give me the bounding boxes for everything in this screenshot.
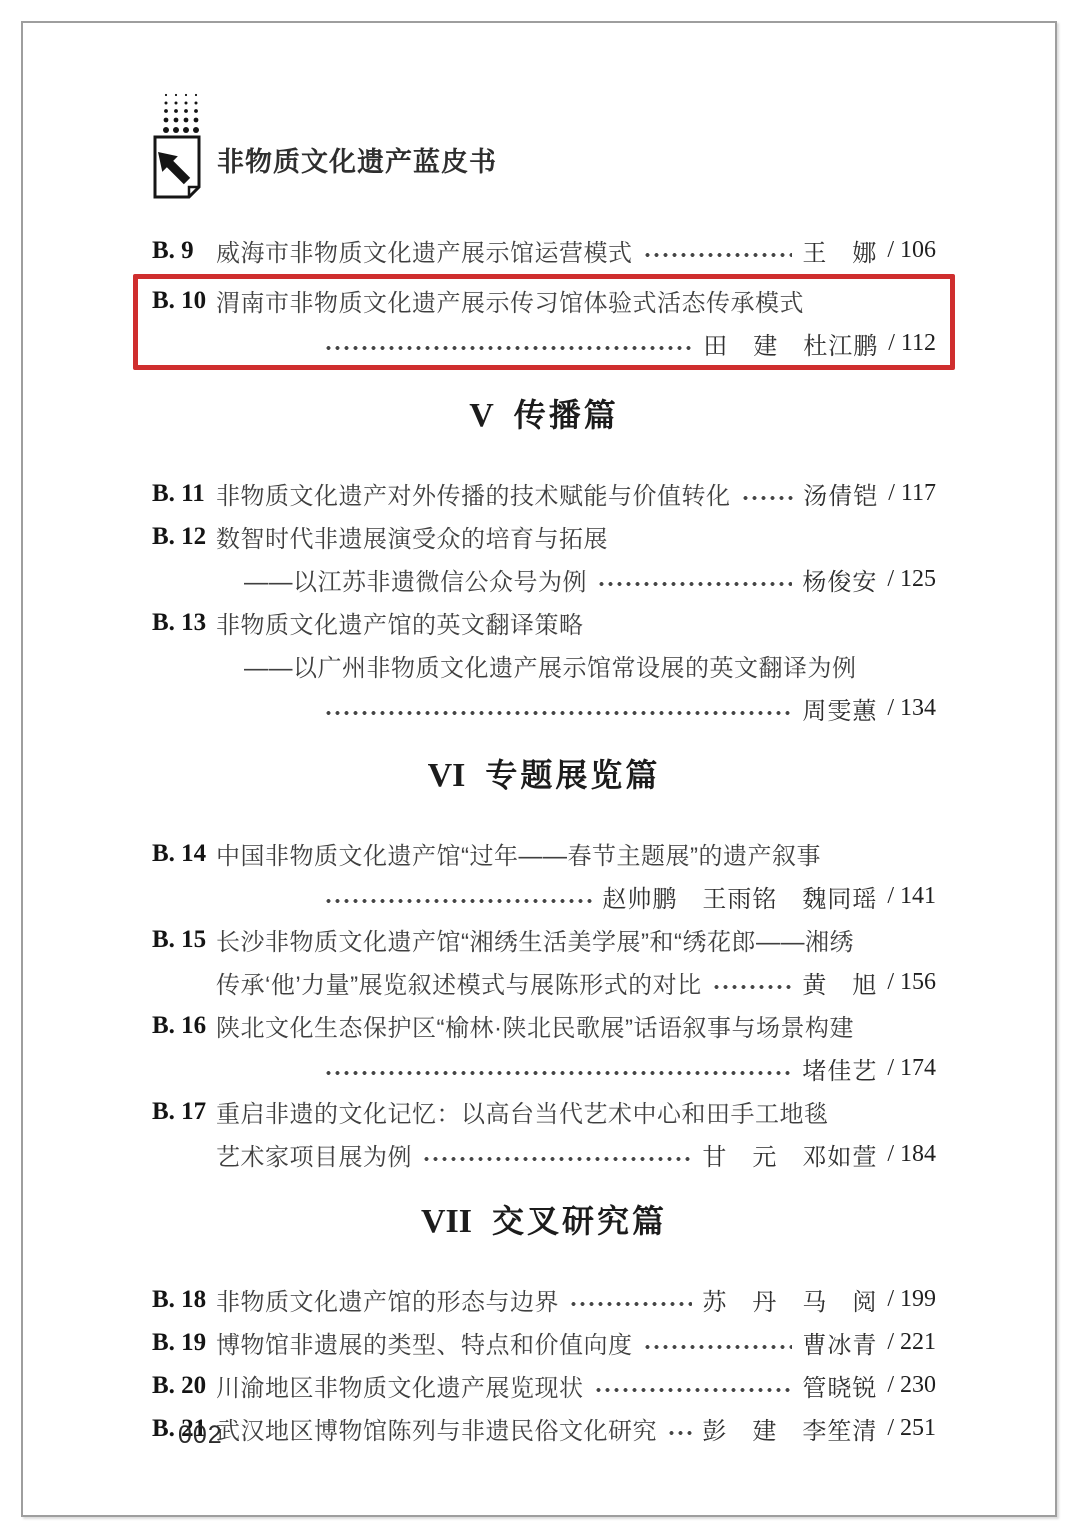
entry-title: 川渝地区非物质文化遗产展览现状	[216, 1368, 584, 1403]
dot-leader	[324, 1068, 792, 1078]
toc-entry: B. 19博物馆非遗展的类型、特点和价值向度曹冰青/ 221	[152, 1321, 936, 1364]
entry-title: ——以广州非物质文化遗产展示馆常设展的英文翻译为例	[244, 648, 857, 683]
document-arrow-icon	[149, 91, 205, 201]
toc-entry-highlighted: B. 10渭南市非物质文化遗产展示传习馆体验式活态传承模式田 建 杜江鹏/ 11…	[133, 274, 955, 370]
toc-line: B. 16陕北文化生态保护区“榆林·陕北民歌展”话语叙事与场景构建	[152, 1004, 936, 1047]
entry-line-body: ——以江苏非遗微信公众号为例杨俊安/ 125	[216, 562, 936, 597]
section-roman-numeral: VII	[421, 1203, 472, 1240]
entry-authors: 苏 丹 马 阅	[702, 1282, 877, 1317]
entry-title: 博物馆非遗展的类型、特点和价值向度	[216, 1325, 633, 1360]
toc-entry: B. 18非物质文化遗产馆的形态与边界苏 丹 马 阅/ 199	[152, 1278, 936, 1321]
section-title: 传播篇	[514, 397, 619, 433]
dot-leader	[712, 982, 793, 992]
entry-authors: 汤倩铠	[803, 476, 878, 511]
entry-line-body: ——以广州非物质文化遗产展示馆常设展的英文翻译为例	[216, 648, 936, 683]
entry-number: B. 10	[152, 287, 216, 315]
entry-line-body: 武汉地区博物馆陈列与非遗民俗文化研究彭 建 李笙清/ 251	[216, 1411, 936, 1446]
entry-number: B. 12	[152, 523, 216, 551]
entry-title: 长沙非物质文化遗产馆“湘绣生活美学展”和“绣花郎——湘绣	[216, 922, 854, 957]
entry-authors: 田 建 杜江鹏	[703, 326, 878, 361]
entry-page: / 221	[887, 1329, 936, 1356]
entry-title: 渭南市非物质文化遗产展示传习馆体验式活态传承模式	[216, 283, 804, 318]
entry-line-body: 中国非物质文化遗产馆“过年——春节主题展”的遗产叙事	[216, 836, 936, 871]
toc-line: B. 19博物馆非遗展的类型、特点和价值向度曹冰青/ 221	[152, 1321, 936, 1364]
dot-leader	[643, 1342, 793, 1352]
entry-line-body: 传承‘他’力量”展览叙述模式与展陈形式的对比黄 旭/ 156	[216, 965, 936, 1000]
entry-number: B. 19	[152, 1329, 216, 1357]
entry-title: ——以江苏非遗微信公众号为例	[244, 562, 587, 597]
entry-page: / 156	[887, 969, 936, 996]
toc-entry: B. 13非物质文化遗产馆的英文翻译策略——以广州非物质文化遗产展示馆常设展的英…	[152, 601, 936, 730]
entry-line-body: 长沙非物质文化遗产馆“湘绣生活美学展”和“绣花郎——湘绣	[216, 922, 936, 957]
entry-line-body: 田 建 杜江鹏/ 112	[216, 326, 936, 361]
entry-title: 陕北文化生态保护区“榆林·陕北民歌展”话语叙事与场景构建	[216, 1008, 854, 1043]
entry-authors: 曹冰青	[802, 1325, 877, 1360]
entry-line-body: 非物质文化遗产馆的形态与边界苏 丹 马 阅/ 199	[216, 1282, 936, 1317]
entry-page: / 141	[887, 883, 936, 910]
section-title: 专题展览篇	[485, 757, 660, 793]
book-series-title: 非物质文化遗产蓝皮书	[217, 140, 497, 179]
section-heading: V传播篇	[152, 392, 936, 438]
entry-authors: 杨俊安	[802, 562, 877, 597]
toc-entry: B. 11非物质文化遗产对外传播的技术赋能与价值转化汤倩铠/ 117	[152, 472, 936, 515]
section-roman-numeral: V	[469, 397, 494, 434]
toc-line: B. 12数智时代非遗展演受众的培育与拓展	[152, 515, 936, 558]
entry-line-body: 威海市非物质文化遗产展示馆运营模式王 娜/ 106	[216, 233, 936, 268]
entry-line-body: 渭南市非物质文化遗产展示传习馆体验式活态传承模式	[216, 283, 936, 318]
toc-line: ——以江苏非遗微信公众号为例杨俊安/ 125	[152, 558, 936, 601]
entry-line-body: 艺术家项目展为例甘 元 邓如萱/ 184	[216, 1137, 936, 1172]
entry-title: 武汉地区博物馆陈列与非遗民俗文化研究	[216, 1411, 657, 1446]
entry-number: B. 20	[152, 1372, 216, 1400]
entry-title: 非物质文化遗产馆的英文翻译策略	[216, 605, 584, 640]
entry-page: / 230	[887, 1372, 936, 1399]
dot-leader	[667, 1428, 692, 1438]
entry-number: B. 13	[152, 609, 216, 637]
entry-page: / 117	[888, 480, 936, 507]
entry-number: B. 9	[152, 237, 216, 265]
page-border: 非物质文化遗产蓝皮书 B. 9威海市非物质文化遗产展示馆运营模式王 娜/ 106…	[21, 21, 1057, 1517]
section-heading: VI专题展览篇	[152, 752, 936, 798]
entry-title: 重启非遗的文化记忆：以高台当代艺术中心和田手工地毯	[216, 1094, 829, 1129]
section-title: 交叉研究篇	[492, 1203, 667, 1239]
entry-authors: 王 娜	[802, 233, 877, 268]
toc-entry: B. 20川渝地区非物质文化遗产展览现状管晓锐/ 230	[152, 1364, 936, 1407]
section-roman-numeral: VI	[428, 757, 466, 794]
entry-authors: 周雯蕙	[802, 691, 877, 726]
toc-line: B. 14中国非物质文化遗产馆“过年——春节主题展”的遗产叙事	[152, 832, 936, 875]
toc-line: B. 13非物质文化遗产馆的英文翻译策略	[152, 601, 936, 644]
dot-leader	[569, 1299, 692, 1309]
entry-page: / 174	[887, 1055, 936, 1082]
entry-number: B. 18	[152, 1286, 216, 1314]
entry-line-body: 数智时代非遗展演受众的培育与拓展	[216, 519, 936, 554]
entry-number: B. 16	[152, 1012, 216, 1040]
entry-title: 非物质文化遗产对外传播的技术赋能与价值转化	[216, 476, 731, 511]
toc-entry: B. 9威海市非物质文化遗产展示馆运营模式王 娜/ 106	[152, 229, 936, 272]
toc-line: B. 21武汉地区博物馆陈列与非遗民俗文化研究彭 建 李笙清/ 251	[152, 1407, 936, 1450]
toc-entry: B. 21武汉地区博物馆陈列与非遗民俗文化研究彭 建 李笙清/ 251	[152, 1407, 936, 1450]
toc-line: B. 11非物质文化遗产对外传播的技术赋能与价值转化汤倩铠/ 117	[152, 472, 936, 515]
entry-title: 艺术家项目展为例	[216, 1137, 412, 1172]
toc-list: B. 9威海市非物质文化遗产展示馆运营模式王 娜/ 106B. 10渭南市非物质…	[152, 229, 936, 1450]
dot-leader	[741, 493, 794, 503]
entry-title: 非物质文化遗产馆的形态与边界	[216, 1282, 559, 1317]
entry-authors: 黄 旭	[802, 965, 877, 1000]
page-number: 002	[178, 1421, 223, 1450]
book-header: 非物质文化遗产蓝皮书	[149, 91, 497, 201]
entry-page: / 125	[887, 566, 936, 593]
section-heading: VII交叉研究篇	[152, 1198, 936, 1244]
entry-title: 中国非物质文化遗产馆“过年——春节主题展”的遗产叙事	[216, 836, 821, 871]
entry-title: 传承‘他’力量”展览叙述模式与展陈形式的对比	[216, 965, 702, 1000]
dot-leader	[324, 896, 592, 906]
entry-line-body: 堵佳艺/ 174	[216, 1051, 936, 1086]
toc-entry: B. 16陕北文化生态保护区“榆林·陕北民歌展”话语叙事与场景构建堵佳艺/ 17…	[152, 1004, 936, 1090]
toc-line: B. 17重启非遗的文化记忆：以高台当代艺术中心和田手工地毯	[152, 1090, 936, 1133]
dot-leader	[643, 250, 793, 260]
toc-entry: B. 15长沙非物质文化遗产馆“湘绣生活美学展”和“绣花郎——湘绣传承‘他’力量…	[152, 918, 936, 1004]
entry-page: / 251	[887, 1415, 936, 1442]
toc-line: 堵佳艺/ 174	[152, 1047, 936, 1090]
entry-title: 威海市非物质文化遗产展示馆运营模式	[216, 233, 633, 268]
entry-line-body: 赵帅鹏 王雨铭 魏同瑶/ 141	[216, 879, 936, 914]
toc-line: B. 15长沙非物质文化遗产馆“湘绣生活美学展”和“绣花郎——湘绣	[152, 918, 936, 961]
entry-line-body: 非物质文化遗产对外传播的技术赋能与价值转化汤倩铠/ 117	[216, 476, 936, 511]
entry-page: / 199	[887, 1286, 936, 1313]
entry-line-body: 博物馆非遗展的类型、特点和价值向度曹冰青/ 221	[216, 1325, 936, 1360]
toc-entry: B. 12数智时代非遗展演受众的培育与拓展——以江苏非遗微信公众号为例杨俊安/ …	[152, 515, 936, 601]
toc-line: 赵帅鹏 王雨铭 魏同瑶/ 141	[152, 875, 936, 918]
scanned-book-page: 非物质文化遗产蓝皮书 B. 9威海市非物质文化遗产展示馆运营模式王 娜/ 106…	[0, 0, 1080, 1538]
dot-leader	[324, 708, 792, 718]
entry-line-body: 陕北文化生态保护区“榆林·陕北民歌展”话语叙事与场景构建	[216, 1008, 936, 1043]
entry-page: / 106	[887, 237, 936, 264]
entry-number: B. 14	[152, 840, 216, 868]
toc-line: 传承‘他’力量”展览叙述模式与展陈形式的对比黄 旭/ 156	[152, 961, 936, 1004]
toc-line: B. 20川渝地区非物质文化遗产展览现状管晓锐/ 230	[152, 1364, 936, 1407]
toc-entry: B. 14中国非物质文化遗产馆“过年——春节主题展”的遗产叙事赵帅鹏 王雨铭 魏…	[152, 832, 936, 918]
toc-line: B. 9威海市非物质文化遗产展示馆运营模式王 娜/ 106	[152, 229, 936, 272]
dot-leader	[324, 343, 693, 353]
entry-page: / 134	[887, 695, 936, 722]
entry-authors: 堵佳艺	[802, 1051, 877, 1086]
toc-line: 田 建 杜江鹏/ 112	[152, 322, 936, 365]
toc-line: ——以广州非物质文化遗产展示馆常设展的英文翻译为例	[152, 644, 936, 687]
entry-authors: 彭 建 李笙清	[702, 1411, 877, 1446]
entry-title: 数智时代非遗展演受众的培育与拓展	[216, 519, 608, 554]
entry-line-body: 重启非遗的文化记忆：以高台当代艺术中心和田手工地毯	[216, 1094, 936, 1129]
toc-line: 艺术家项目展为例甘 元 邓如萱/ 184	[152, 1133, 936, 1176]
dot-leader	[594, 1385, 793, 1395]
entry-page: / 184	[887, 1141, 936, 1168]
entry-authors: 赵帅鹏 王雨铭 魏同瑶	[602, 879, 877, 914]
entry-number: B. 11	[152, 480, 216, 508]
entry-authors: 管晓锐	[802, 1368, 877, 1403]
toc-line: 周雯蕙/ 134	[152, 687, 936, 730]
toc-line: B. 10渭南市非物质文化遗产展示传习馆体验式活态传承模式	[152, 279, 936, 322]
toc-line: B. 18非物质文化遗产馆的形态与边界苏 丹 马 阅/ 199	[152, 1278, 936, 1321]
entry-line-body: 川渝地区非物质文化遗产展览现状管晓锐/ 230	[216, 1368, 936, 1403]
entry-line-body: 非物质文化遗产馆的英文翻译策略	[216, 605, 936, 640]
dot-leader	[597, 579, 792, 589]
toc-entry: B. 17重启非遗的文化记忆：以高台当代艺术中心和田手工地毯艺术家项目展为例甘 …	[152, 1090, 936, 1176]
entry-number: B. 15	[152, 926, 216, 954]
entry-page: / 112	[888, 330, 936, 357]
dot-leader	[422, 1154, 692, 1164]
entry-authors: 甘 元 邓如萱	[702, 1137, 877, 1172]
entry-line-body: 周雯蕙/ 134	[216, 691, 936, 726]
entry-number: B. 17	[152, 1098, 216, 1126]
